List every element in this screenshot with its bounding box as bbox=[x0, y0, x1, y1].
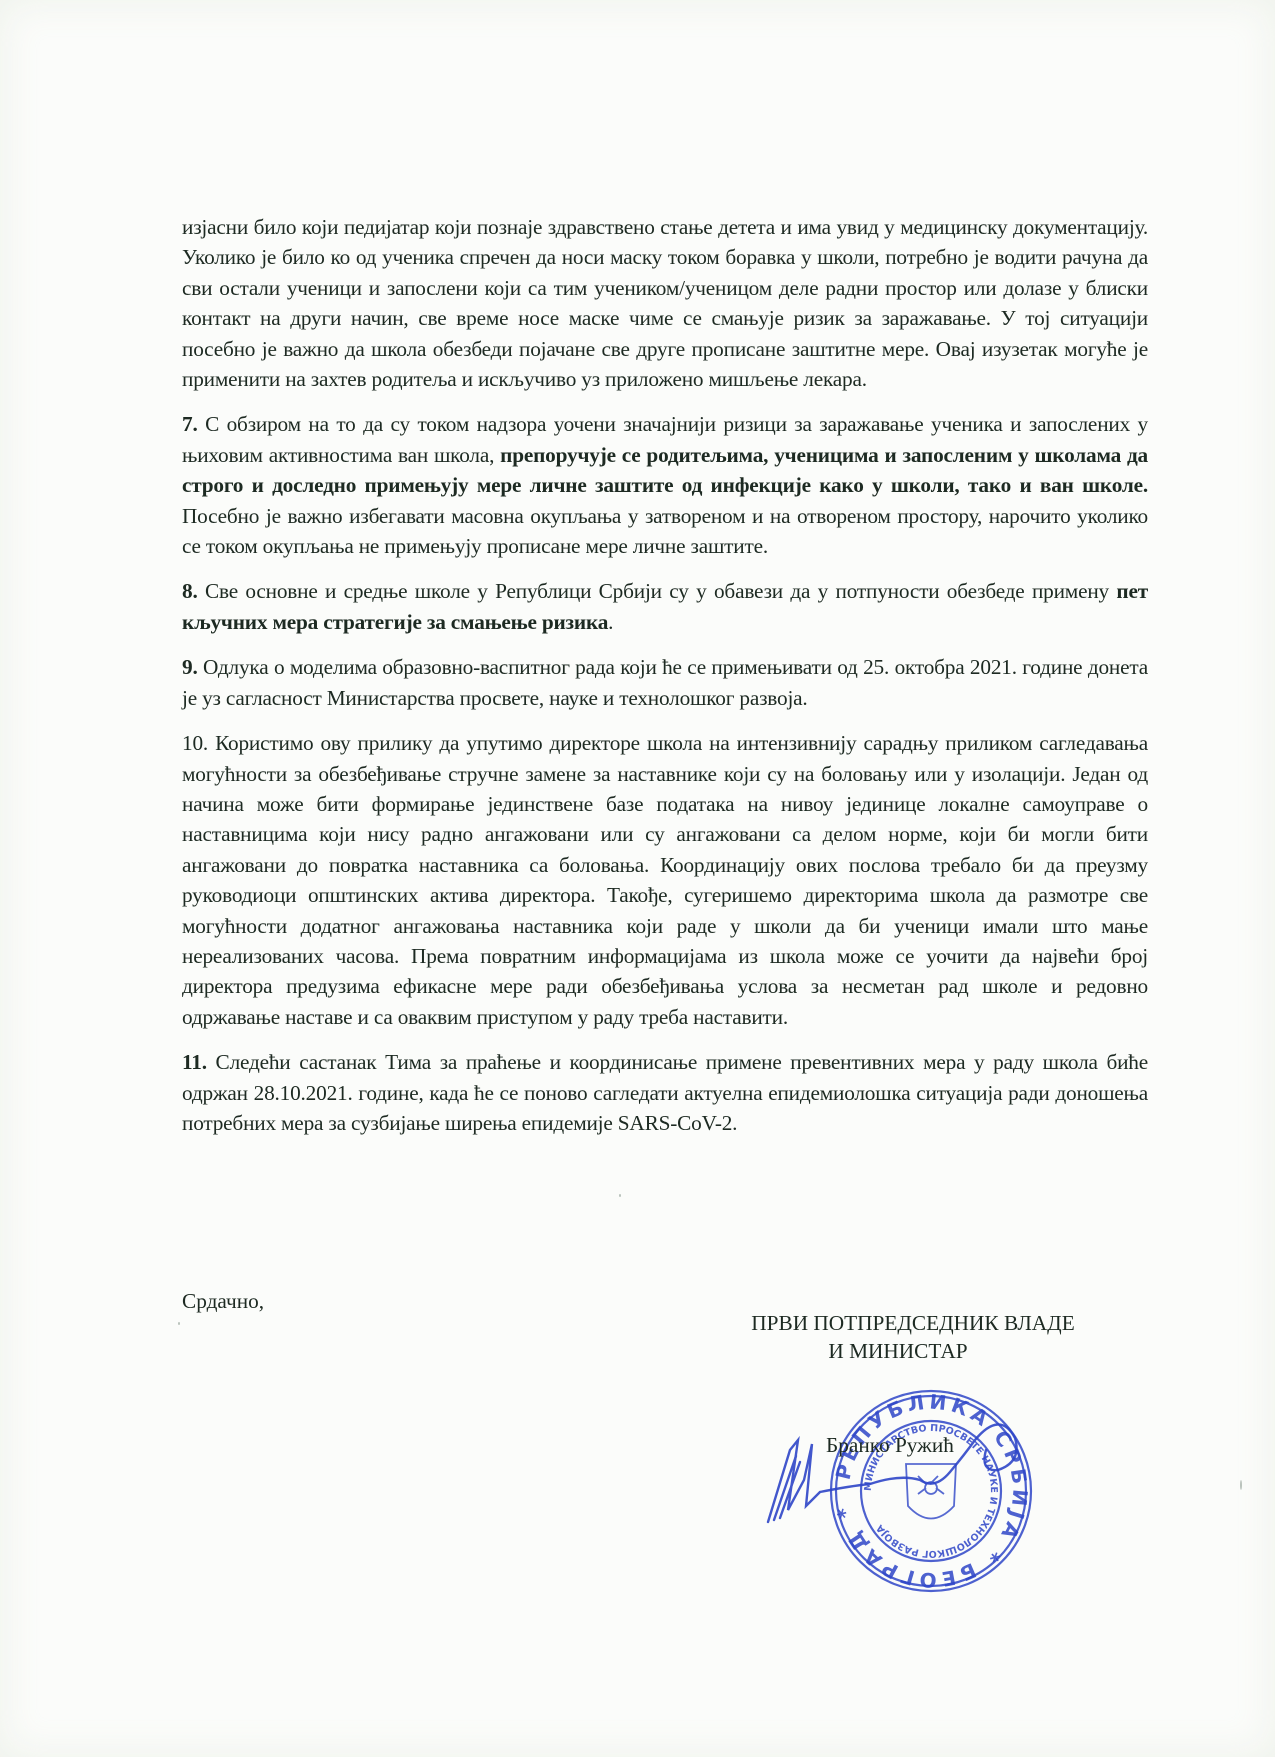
paragraph-text: изјасни било који педијатар који познаје… bbox=[182, 215, 1148, 391]
paragraph-number: 11. bbox=[182, 1050, 207, 1074]
paragraph-text: . bbox=[608, 610, 613, 634]
paragraph-7: 7. С обзиром на то да су током надзора у… bbox=[182, 409, 1148, 561]
signatory-title-line1: ПРВИ ПОТПРЕДСЕДНИК ВЛАДЕ bbox=[751, 1311, 1074, 1335]
paragraph-number: 10. bbox=[182, 731, 208, 755]
paragraph-9: 9. Одлука о моделима образовно-васпитног… bbox=[182, 652, 1148, 713]
paragraph-8: 8. Све основне и средње школе у Републиц… bbox=[182, 576, 1148, 637]
signatory-title: ПРВИ ПОТПРЕДСЕДНИК ВЛАДЕ И МИНИСТАР bbox=[728, 1309, 1098, 1365]
closing-salutation: Срдачно, bbox=[182, 1289, 264, 1314]
paragraph-number: 7. bbox=[182, 412, 198, 436]
paragraph-11: 11. Следећи састанак Тима за праћење и к… bbox=[182, 1047, 1148, 1138]
signatory-name: Бранко Ружић bbox=[826, 1433, 954, 1458]
paragraph-text: Следећи састанак Тима за праћење и коорд… bbox=[182, 1050, 1148, 1135]
paragraph-text: Користимо ову прилику да упутимо директо… bbox=[182, 731, 1148, 1029]
letter-body: изјасни било који педијатар који познаје… bbox=[182, 212, 1148, 1153]
handwritten-signature-icon bbox=[760, 1410, 1030, 1540]
paragraph-text: Све основне и средње школе у Републици С… bbox=[198, 579, 1117, 603]
paragraph-number: 8. bbox=[182, 579, 198, 603]
signatory-title-line2: И МИНИСТАР bbox=[728, 1337, 1098, 1365]
paragraph-10: 10. Користимо ову прилику да упутимо дир… bbox=[182, 728, 1148, 1032]
scan-speck bbox=[619, 1194, 621, 1197]
paragraph-number: 9. bbox=[182, 655, 198, 679]
scan-speck bbox=[178, 1322, 180, 1325]
paragraph-continuation: изјасни било који педијатар који познаје… bbox=[182, 212, 1148, 394]
scan-speck bbox=[1240, 1480, 1242, 1490]
paragraph-text: Одлука о моделима образовно-васпитног ра… bbox=[182, 655, 1148, 709]
paragraph-text: Посебно је важно избегавати масовна окуп… bbox=[182, 504, 1148, 558]
